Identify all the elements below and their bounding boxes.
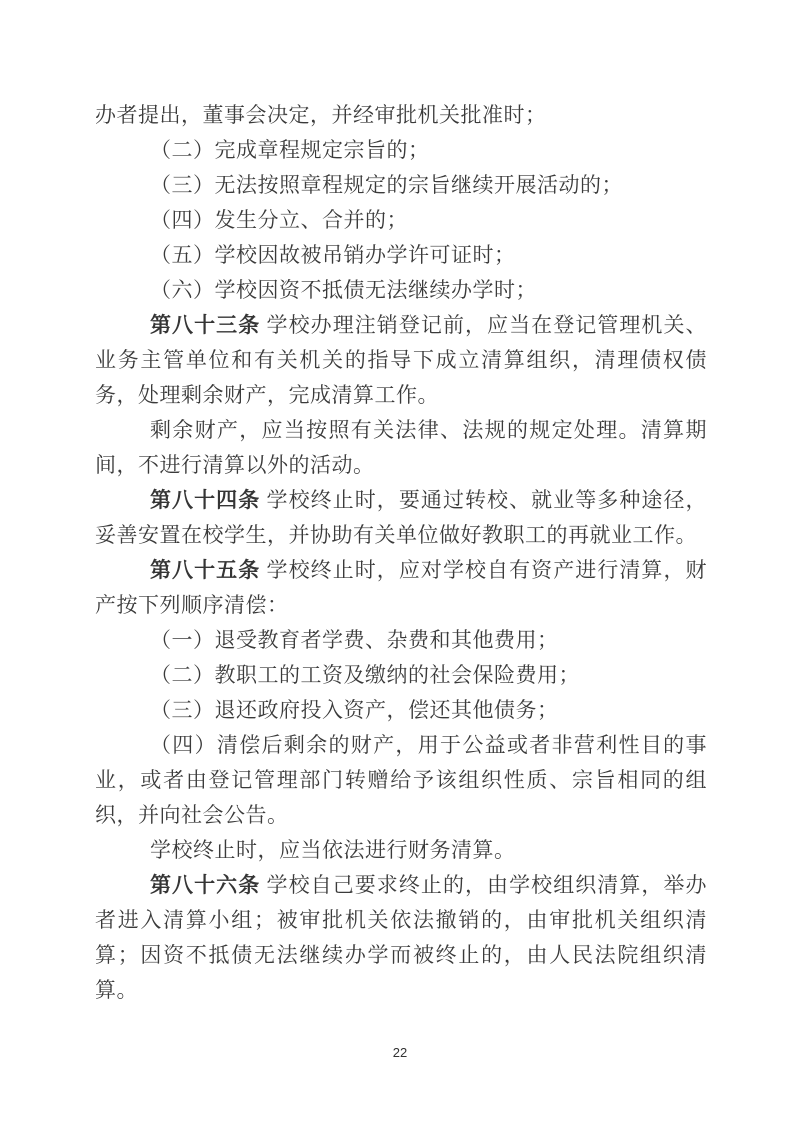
paragraph-text: （四）清偿后剩余的财产，用于公益或者非营利性目的事业，或者由登记管理部门转赠给予… — [95, 733, 707, 827]
paragraph: （一）退受教育者学费、杂费和其他费用； — [95, 623, 707, 658]
paragraph: （三）退还政府投入资产，偿还其他债务； — [95, 693, 707, 728]
paragraph-text: （四）发生分立、合并的； — [150, 208, 408, 232]
article-number: 第八十六条 — [150, 873, 260, 897]
document-body: 办者提出，董事会决定，并经审批机关批准时；（二）完成章程规定宗旨的；（三）无法按… — [95, 98, 707, 1008]
paragraph-text: （三）无法按照章程规定的宗旨继续开展活动的； — [150, 173, 623, 197]
paragraph-text: （六）学校因资不抵债无法继续办学时； — [150, 278, 537, 302]
paragraph: （五）学校因故被吊销办学许可证时； — [95, 238, 707, 273]
paragraph: （三）无法按照章程规定的宗旨继续开展活动的； — [95, 168, 707, 203]
paragraph-text: （五）学校因故被吊销办学许可证时； — [150, 243, 516, 267]
article-number: 第八十五条 — [150, 558, 260, 582]
paragraph-text: （二）教职工的工资及缴纳的社会保险费用； — [150, 663, 580, 687]
paragraph: 第八十四条 学校终止时，要通过转校、就业等多种途径，妥善安置在校学生，并协助有关… — [95, 483, 707, 553]
paragraph: 第八十六条 学校自己要求终止的，由学校组织清算，举办者进入清算小组；被审批机关依… — [95, 868, 707, 1008]
paragraph-text: 剩余财产，应当按照有关法律、法规的规定处理。清算期间，不进行清算以外的活动。 — [95, 418, 707, 477]
paragraph-text: （三）退还政府投入资产，偿还其他债务； — [150, 698, 559, 722]
paragraph: 第八十五条 学校终止时，应对学校自有资产进行清算，财产按下列顺序清偿： — [95, 553, 707, 623]
article-number: 第八十四条 — [150, 488, 260, 512]
paragraph: 第八十三条 学校办理注销登记前，应当在登记管理机关、业务主管单位和有关机关的指导… — [95, 308, 707, 413]
paragraph-text: 办者提出，董事会决定，并经审批机关批准时； — [95, 103, 547, 127]
paragraph: 剩余财产，应当按照有关法律、法规的规定处理。清算期间，不进行清算以外的活动。 — [95, 413, 707, 483]
paragraph-text: （二）完成章程规定宗旨的； — [150, 138, 430, 162]
page-footer: 22 — [0, 1044, 800, 1062]
article-number: 第八十三条 — [150, 313, 260, 337]
paragraph: 办者提出，董事会决定，并经审批机关批准时； — [95, 98, 707, 133]
paragraph-text: 学校终止时，应当依法进行财务清算。 — [150, 838, 516, 862]
paragraph: （二）完成章程规定宗旨的； — [95, 133, 707, 168]
paragraph-text: （一）退受教育者学费、杂费和其他费用； — [150, 628, 559, 652]
page-number: 22 — [393, 1045, 407, 1060]
paragraph: （二）教职工的工资及缴纳的社会保险费用； — [95, 658, 707, 693]
paragraph: 学校终止时，应当依法进行财务清算。 — [95, 833, 707, 868]
paragraph: （六）学校因资不抵债无法继续办学时； — [95, 273, 707, 308]
document-page: 办者提出，董事会决定，并经审批机关批准时；（二）完成章程规定宗旨的；（三）无法按… — [0, 0, 800, 1131]
paragraph: （四）发生分立、合并的； — [95, 203, 707, 238]
paragraph: （四）清偿后剩余的财产，用于公益或者非营利性目的事业，或者由登记管理部门转赠给予… — [95, 728, 707, 833]
